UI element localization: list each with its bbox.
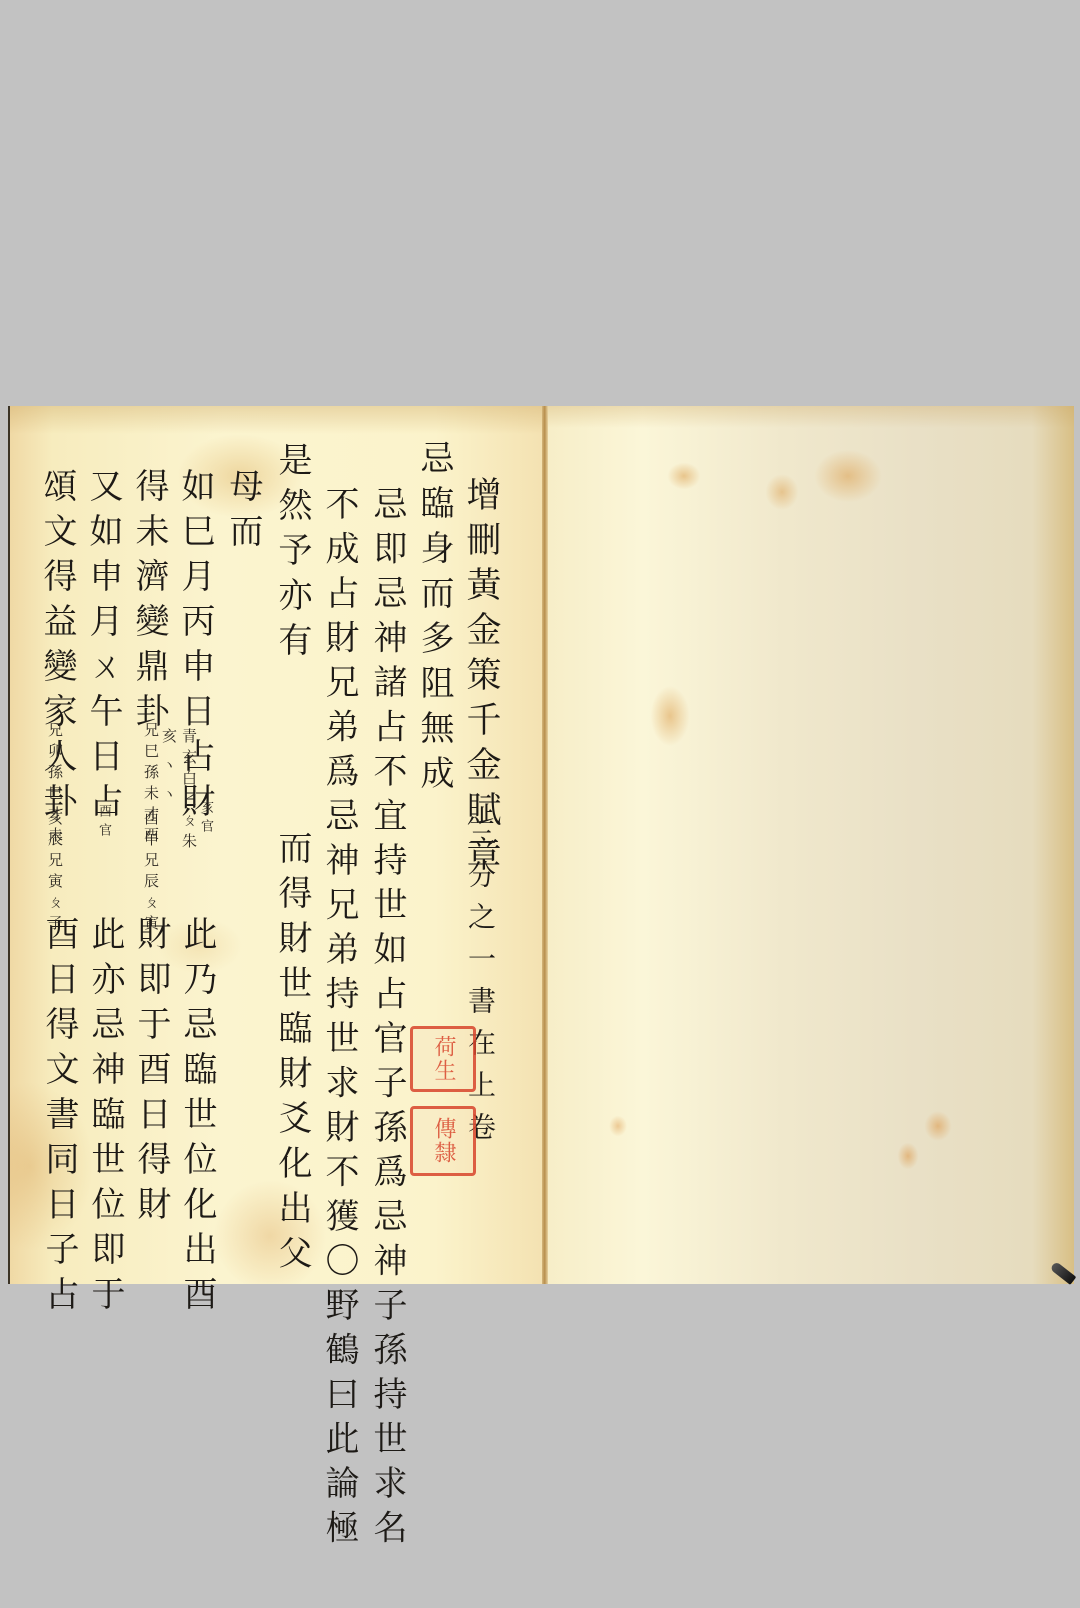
book-spread: 增刪黃金策千金賦章 三分之一書在上卷 忌臨身而多阻無成 忌即忌神諸占不宜持世如占… [8, 406, 1074, 1284]
red-seal-upper: 荷生 [410, 1026, 476, 1092]
text-column-3: 忌即忌神諸占不宜持世如占官子孫爲忌神子孫持世求名 [370, 486, 404, 1554]
pen-tip-icon [1050, 1261, 1077, 1285]
text-column-6: 母而 [226, 468, 260, 558]
title-subnote: 三分之一書在上卷 [466, 818, 494, 1154]
text-column-5-lower: 而得財世臨財爻化出父 [275, 830, 309, 1280]
text-column-9-lower: 此亦忌神臨世位即于 [88, 916, 122, 1321]
text-column-9-upper: 又如申月ㄨ午日占 [86, 468, 120, 828]
hexagram-note-lines-c: 酉午兄辰ㄆ寅 [142, 810, 159, 936]
hexagram-note-spirits: 青玄白匕ㄆ朱 [180, 728, 197, 854]
red-seal-lower: 傳隸 [410, 1106, 476, 1176]
text-column-4: 不成占財兄弟爲忌神兄弟持世求財不獲〇野鶴曰此論極 [322, 486, 356, 1554]
right-page-blank [548, 406, 1074, 1284]
text-column-7-lower: 此乃忌臨世位化出酉 [180, 916, 214, 1321]
hexagram-note-2-annotation: 酉官 [96, 804, 110, 842]
text-column-8-upper: 得未濟變鼎卦 [132, 468, 166, 738]
hexagram-note-annotation: 亥官 [198, 800, 212, 838]
text-column-5-upper: 是然予亦有 [275, 442, 309, 667]
text-column-8-lower: 財即于酉日得財 [134, 916, 168, 1231]
left-page: 增刪黃金策千金賦章 三分之一書在上卷 忌臨身而多阻無成 忌即忌神諸占不宜持世如占… [8, 406, 542, 1284]
text-column-10-lower: 酉日得文書同日子占 [42, 916, 76, 1321]
text-column-2: 忌臨身而多阻無成 [417, 440, 451, 800]
hexagram-note-lines-b: 亥ヽヽ [160, 728, 177, 815]
hexagram-note-2-lines-b: 亥辰兄寅ㄆ子 [46, 810, 63, 936]
